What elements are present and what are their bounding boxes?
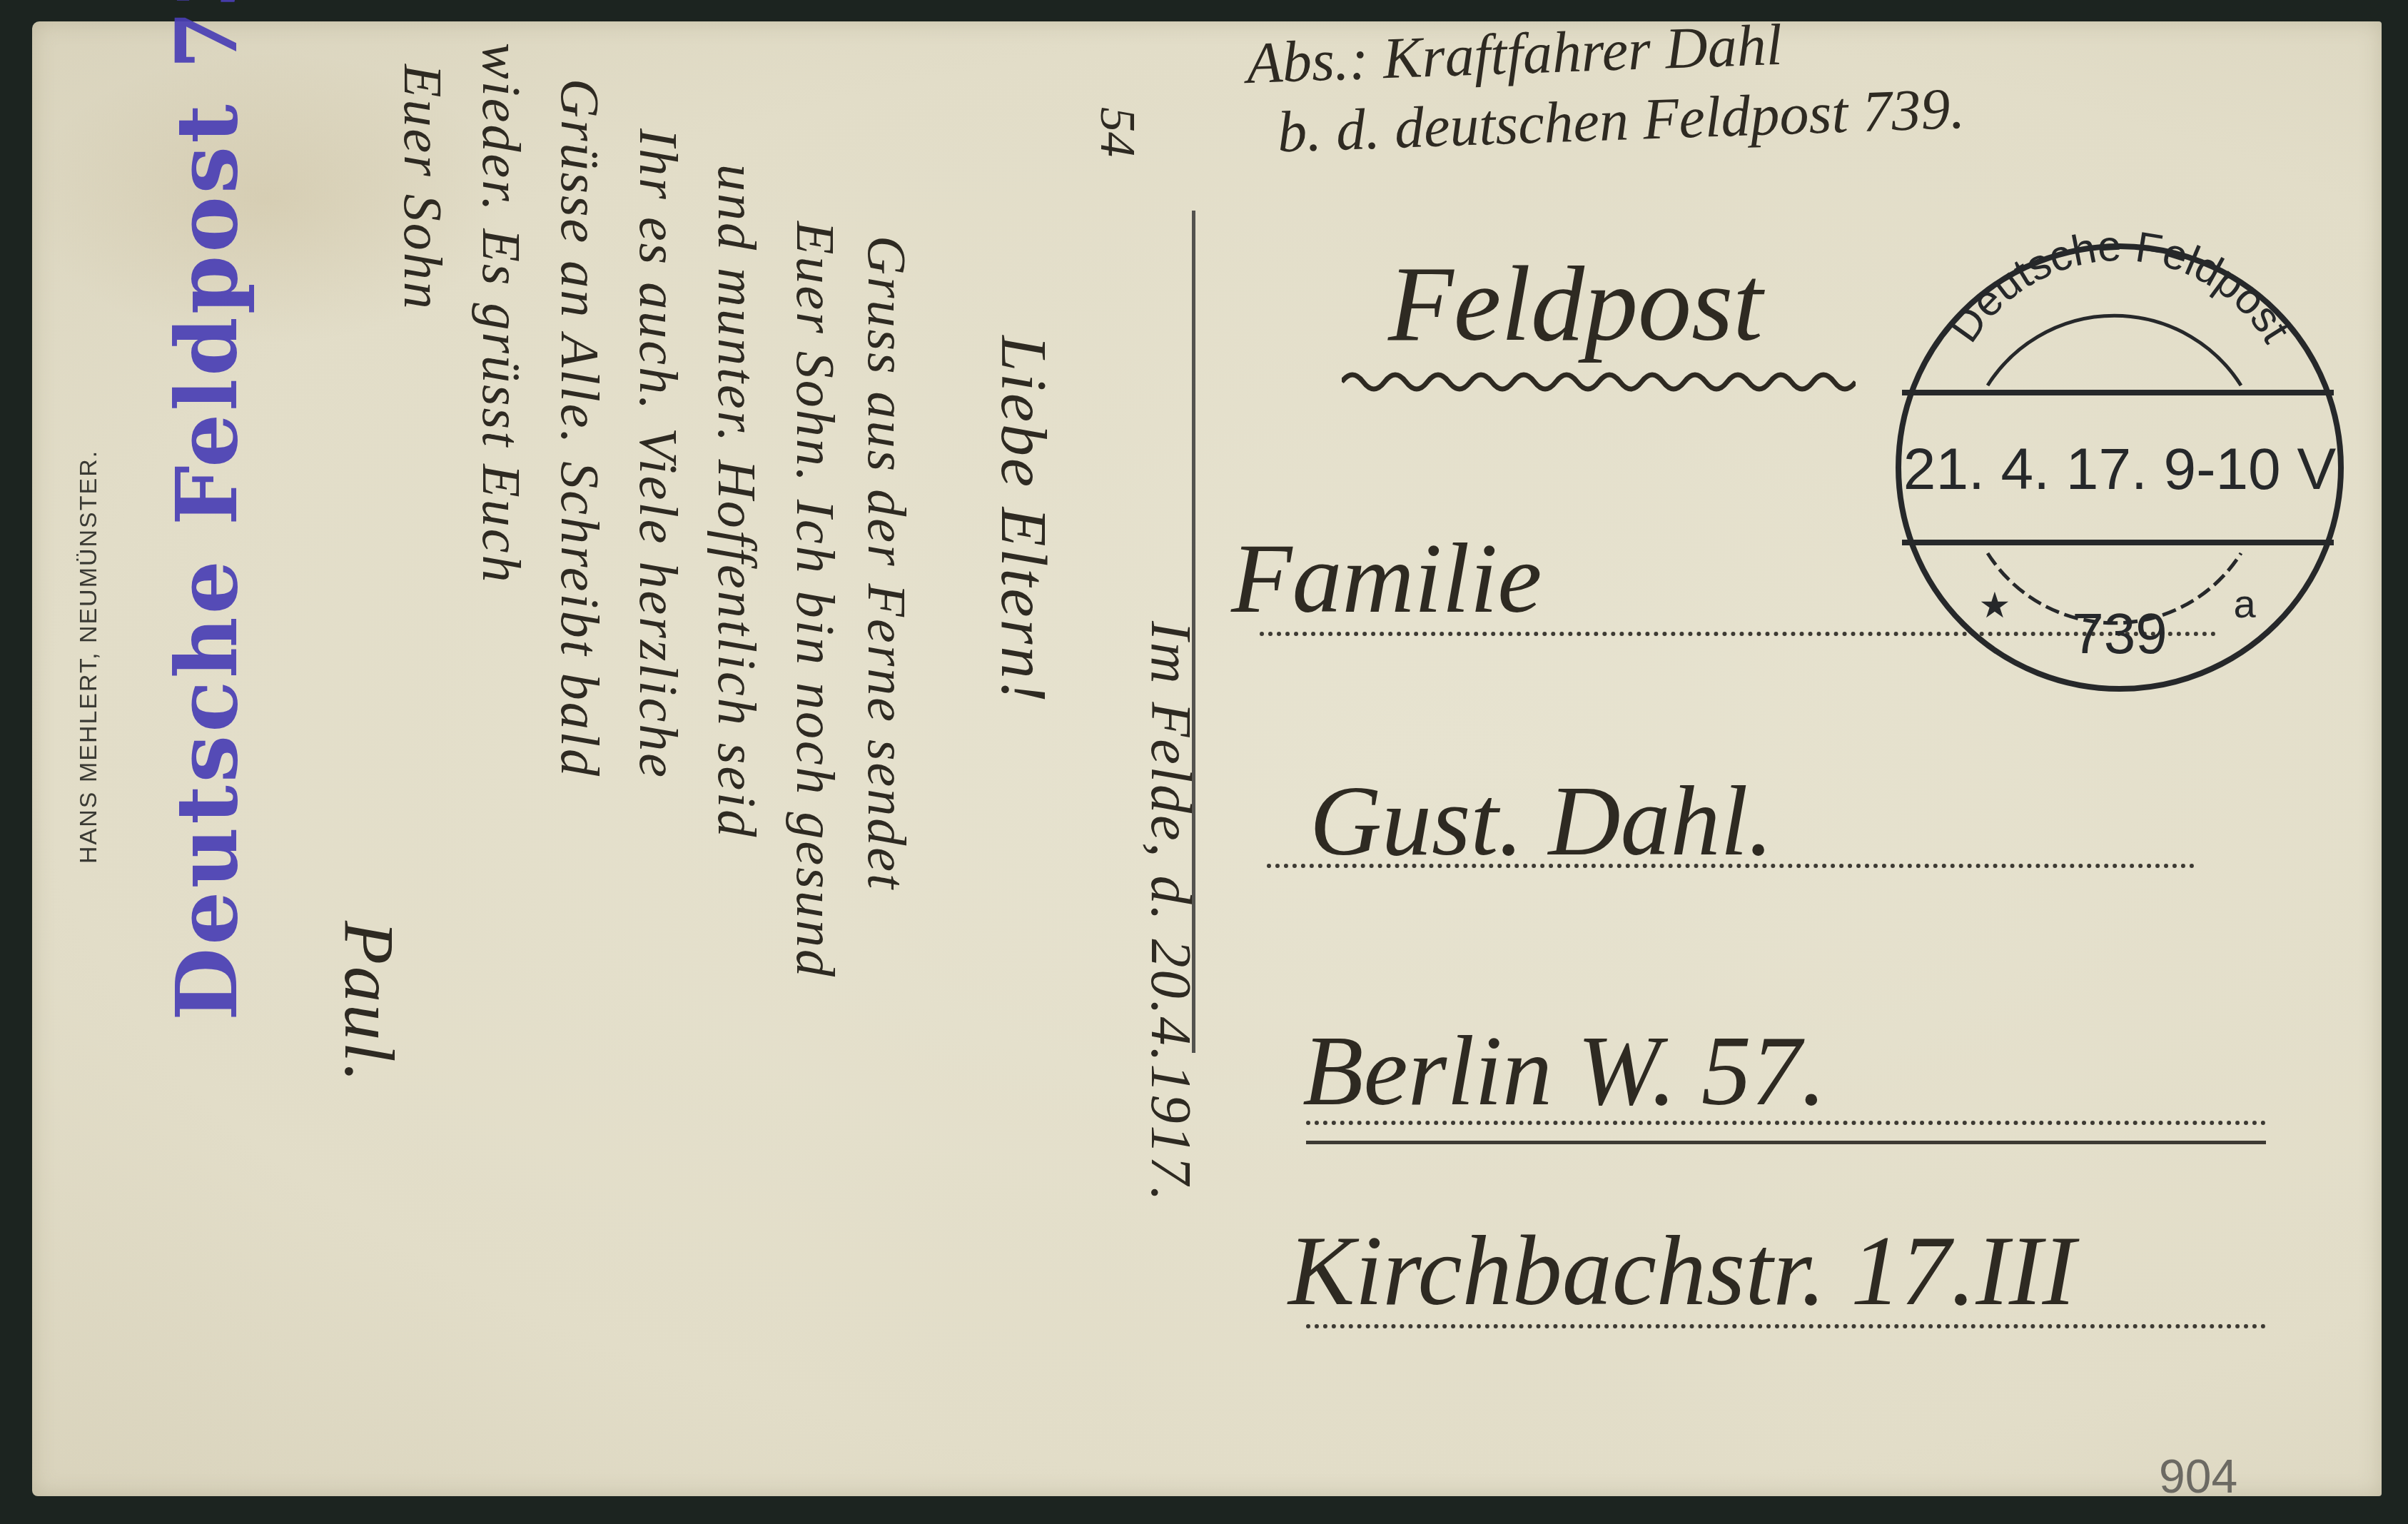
feldpost-unit-stamp: Deutsche Feldpost 739 (157, 0, 256, 1021)
page-number: 54 (1088, 107, 1145, 157)
message-line: Gruss aus der Ferne sendet (855, 236, 917, 891)
postmark-cancel: Deutsche Feldpost 21. 4. 17. 9-10 V ★ 73… (1870, 218, 2369, 717)
address-rule (1267, 864, 2195, 868)
salutation: Liebe Eltern! (986, 335, 1060, 704)
address-line-name: Gust. Dahl. (1310, 764, 1773, 879)
postmark-office-number: 739 (2072, 602, 2167, 665)
message-line: Euer Sohn (391, 64, 453, 311)
address-rule (1306, 1121, 2266, 1125)
divider-line (1192, 211, 1195, 1053)
sender-address: Abs.: Kraftfahrer Dahl b. d. deutschen F… (1245, 4, 1966, 168)
message-line: wieder. Es grüsst Euch (470, 43, 532, 584)
postmark-suffix: a (2233, 581, 2256, 626)
postmark-star-icon: ★ (1979, 585, 2011, 626)
address-rule-solid (1306, 1141, 2266, 1144)
message-line: und munter. Hoffentlich seid (705, 164, 767, 839)
message-line: Ihr es auch. Viele herzliche (627, 128, 689, 779)
message-line: Euer Sohn. Ich bin noch gesund (784, 221, 846, 979)
address-line-family: Familie (1231, 521, 1542, 636)
pencil-note: 904 (2159, 1449, 2237, 1503)
address-rule (1306, 1324, 2266, 1328)
printer-imprint: HANS MEHLERT, NEUMÜNSTER. (75, 450, 103, 864)
address-line-city: Berlin W. 57. (1302, 1014, 1826, 1129)
postcard: HANS MEHLERT, NEUMÜNSTER. Deutsche Feldp… (32, 21, 2382, 1496)
wavy-underline (1342, 364, 1856, 393)
message-line: Grüsse an Alle. Schreibt bald (548, 79, 610, 778)
postmark-date: 21. 4. 17. 9-10 V (1903, 437, 2337, 502)
signature: Paul. (328, 921, 410, 1084)
address-line-street: Kirchbachstr. 17.III (1288, 1213, 2075, 1328)
feldpost-label: Feldpost (1388, 243, 1763, 365)
